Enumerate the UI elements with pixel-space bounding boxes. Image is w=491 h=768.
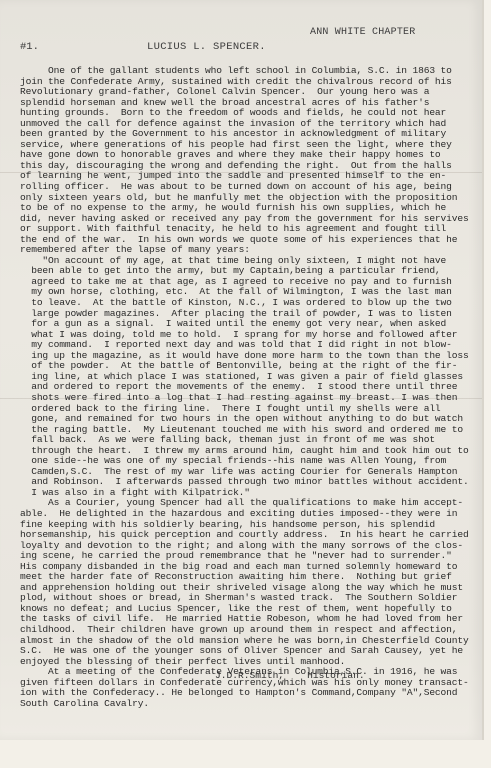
text-line: rolling officer. He was about to be turn… [20,182,478,193]
text-line: able. He delighted in the hazardous and … [20,509,478,520]
document-title: LUCIUS L. SPENCER. [147,41,266,53]
document-body: One of the gallant students who left sch… [20,66,478,709]
document-header: #1. LUCIUS L. SPENCER. ANN WHITE CHAPTER [20,25,470,55]
background-surface [0,740,491,768]
text-line: South Carolina Cavalry. [20,699,478,710]
text-line: to leave. At the battle of Kinston, N.C.… [20,298,478,309]
signature: J.D.R.Smith, Historian. [215,670,365,681]
text-line: shots were fired into a log that I had r… [20,393,478,404]
chapter-name: ANN WHITE CHAPTER [310,27,415,38]
text-line: gone, and remained for two hours in the … [20,414,478,425]
text-line: childhood. Their children have grown up … [20,625,478,636]
page-number: #1. [20,41,39,53]
typewritten-page: #1. LUCIUS L. SPENCER. ANN WHITE CHAPTER… [0,0,484,741]
text-line: One of the gallant students who left sch… [20,66,478,77]
